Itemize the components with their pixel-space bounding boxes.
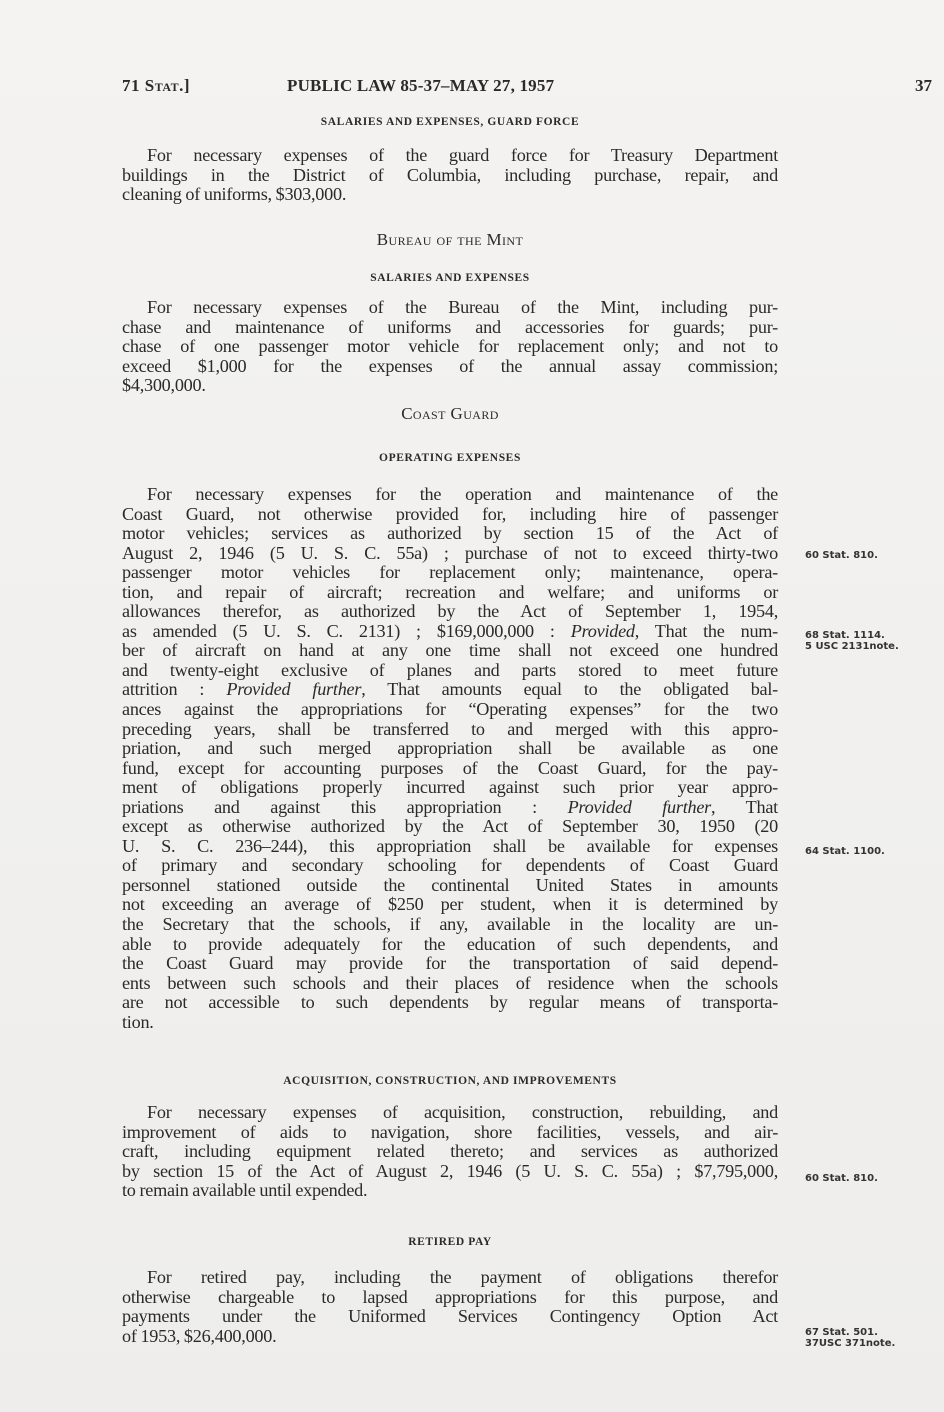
text-line: fund, except for accounting purposes of … <box>122 759 778 779</box>
text-line: exceed $1,000 for the expenses of the an… <box>122 357 778 377</box>
text-line: personnel stationed outside the continen… <box>122 876 778 896</box>
text-line: of primary and secondary schooling for d… <box>122 856 778 876</box>
text-line: of 1953, $26,400,000. <box>122 1327 778 1347</box>
text-line: are not accessible to such dependents by… <box>122 993 778 1013</box>
subhead-operating-expenses: OPERATING EXPENSES <box>122 452 778 464</box>
text-line: ances against the appropriations for “Op… <box>122 700 778 720</box>
text-line: ment of obligations properly incurred ag… <box>122 778 778 798</box>
text-line: ents between such schools and their plac… <box>122 974 778 994</box>
margin-citation: 60 Stat. 810. <box>805 1173 878 1184</box>
text-line: tion, and repair of aircraft; recreation… <box>122 583 778 603</box>
paragraph-acquisition: For necessary expenses of acquisition, c… <box>122 1103 778 1201</box>
volume-citation: 71 Stat.] <box>122 76 190 96</box>
text-line: chase of one passenger motor vehicle for… <box>122 337 778 357</box>
text-line: For necessary expenses of acquisition, c… <box>122 1103 778 1123</box>
text-line: Coast Guard, not otherwise provided for,… <box>122 505 778 525</box>
text-line: preceding years, shall be transferred to… <box>122 720 778 740</box>
text-line: the Secretary that the schools, if any, … <box>122 915 778 935</box>
document-page: 71 Stat.] PUBLIC LAW 85-37–MAY 27, 1957 … <box>0 0 944 1412</box>
text-line: otherwise chargeable to lapsed appropria… <box>122 1288 778 1308</box>
margin-citation: 60 Stat. 810. <box>805 550 878 561</box>
text-line: not exceeding an average of $250 per stu… <box>122 895 778 915</box>
text-line: improvement of aids to navigation, shore… <box>122 1123 778 1143</box>
text-line: and twenty-eight exclusive of planes and… <box>122 661 778 681</box>
page-number: 37 <box>915 76 932 96</box>
paragraph-guard-force: For necessary expenses of the guard forc… <box>122 146 778 205</box>
text-line: payments under the Uniformed Services Co… <box>122 1307 778 1327</box>
margin-citation: 64 Stat. 1100. <box>805 846 885 857</box>
text-line: except as otherwise authorized by the Ac… <box>122 817 778 837</box>
text-line: For necessary expenses for the operation… <box>122 485 778 505</box>
paragraph-operating-expenses: For necessary expenses for the operation… <box>122 485 778 1032</box>
text-line: as amended (5 U. S. C. 2131) ; $169,000,… <box>122 622 778 642</box>
text-line: For necessary expenses of the Bureau of … <box>122 298 778 318</box>
text-line: the Coast Guard may provide for the tran… <box>122 954 778 974</box>
subhead-acquisition: ACQUISITION, CONSTRUCTION, AND IMPROVEME… <box>122 1075 778 1087</box>
text-line: buildings in the District of Columbia, i… <box>122 166 778 186</box>
text-line: by section 15 of the Act of August 2, 19… <box>122 1162 778 1182</box>
text-line: craft, including equipment related there… <box>122 1142 778 1162</box>
law-title: PUBLIC LAW 85-37–MAY 27, 1957 <box>287 76 554 96</box>
text-line: U. S. C. 236–244), this appropriation sh… <box>122 837 778 857</box>
text-line: cleaning of uniforms, $303,000. <box>122 185 778 205</box>
text-line: to remain available until expended. <box>122 1181 778 1201</box>
text-line: attrition : Provided further, That amoun… <box>122 680 778 700</box>
margin-citation: 67 Stat. 501.37USC 371note. <box>805 1327 895 1349</box>
paragraph-retired-pay: For retired pay, including the payment o… <box>122 1268 778 1346</box>
text-line: priations and against this appropriation… <box>122 798 778 818</box>
text-line: allowances therefor, as authorized by th… <box>122 602 778 622</box>
text-line: passenger motor vehicles for replacement… <box>122 563 778 583</box>
paragraph-bureau-of-the-mint: For necessary expenses of the Bureau of … <box>122 298 778 396</box>
text-line: August 2, 1946 (5 U. S. C. 55a) ; purcha… <box>122 544 778 564</box>
text-line: For retired pay, including the payment o… <box>122 1268 778 1288</box>
agency-heading-coast-guard: Coast Guard <box>122 404 778 424</box>
subhead-guard-force: SALARIES AND EXPENSES, GUARD FORCE <box>122 116 778 128</box>
subhead-retired-pay: RETIRED PAY <box>122 1236 778 1248</box>
running-head: 71 Stat.] PUBLIC LAW 85-37–MAY 27, 1957 … <box>122 76 932 98</box>
text-line: motor vehicles; services as authorized b… <box>122 524 778 544</box>
margin-citation: 68 Stat. 1114.5 USC 2131note. <box>805 630 899 652</box>
agency-heading-bureau-of-the-mint: Bureau of the Mint <box>122 230 778 250</box>
text-line: For necessary expenses of the guard forc… <box>122 146 778 166</box>
text-line: priation, and such merged appropriation … <box>122 739 778 759</box>
subhead-mint-salaries: SALARIES AND EXPENSES <box>122 272 778 284</box>
text-line: ber of aircraft on hand at any one time … <box>122 641 778 661</box>
text-line: $4,300,000. <box>122 376 778 396</box>
text-line: tion. <box>122 1013 778 1033</box>
text-line: chase and maintenance of uniforms and ac… <box>122 318 778 338</box>
text-line: able to provide adequately for the educa… <box>122 935 778 955</box>
